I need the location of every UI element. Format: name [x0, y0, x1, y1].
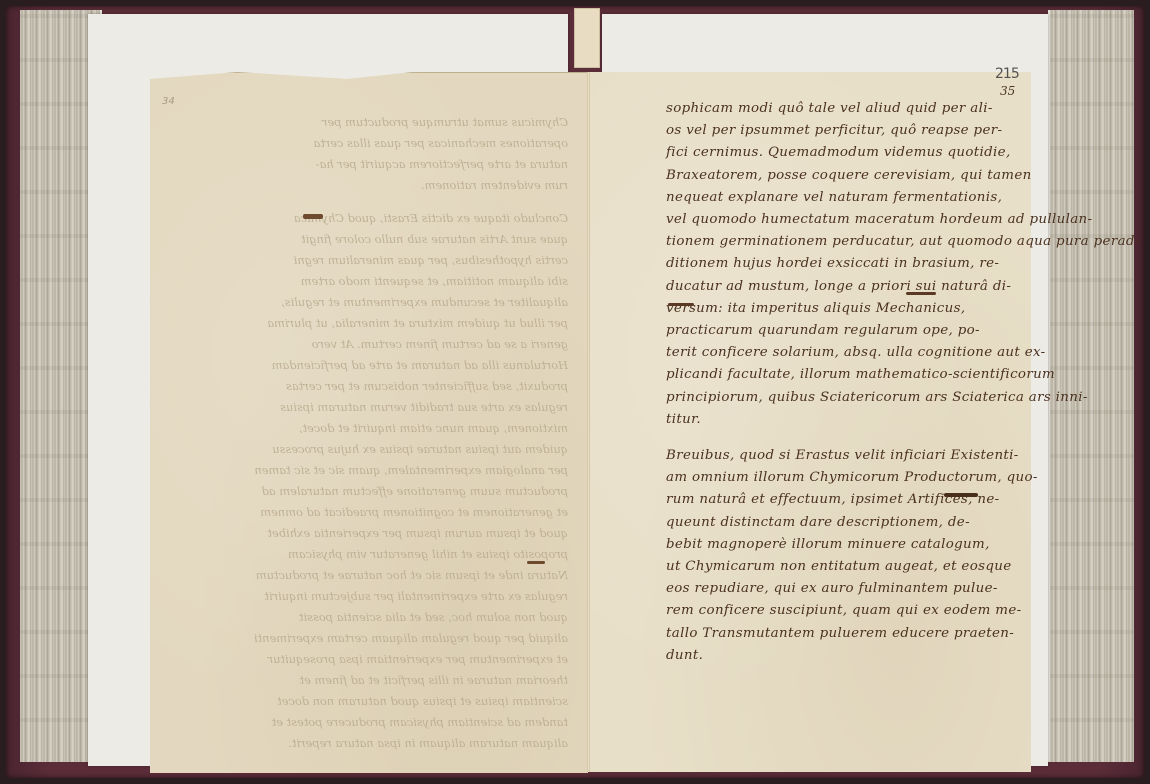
text-line: tionem germinationem perducatur, aut quo…	[666, 231, 1026, 253]
page-block-edge-right	[1048, 10, 1134, 762]
paragraph: Concludo itaque ex dictis Erasti, quod C…	[168, 208, 568, 544]
text-line: produxit, sed sufficienter nobiscum et p…	[168, 376, 568, 397]
text-line: regulas ex arte sua tradidit verum natur…	[168, 397, 568, 418]
binding-tab	[574, 8, 600, 68]
paragraph: Chymicus sumat utrumque productum per op…	[168, 112, 568, 196]
text-line: Natura inde et ipsum sic et hoc naturae …	[168, 565, 568, 586]
ink-blot	[303, 214, 323, 219]
strikethrough-mark	[668, 303, 694, 306]
text-line: Breuibus, quod si Erastus velit inficiar…	[666, 445, 1026, 467]
paragraph: Breuibus, quod si Erastus velit inficiar…	[666, 445, 1026, 667]
gutter-fold	[587, 72, 590, 772]
text-line: Chymicus sumat utrumque productum per	[168, 112, 568, 133]
text-line: et experimentum per experientiam ipsa pr…	[168, 649, 568, 670]
text-line: regulas ex arte experimentali per subjec…	[168, 586, 568, 607]
text-line: Hortulanus illa ad naturam et arte ad pe…	[168, 355, 568, 376]
text-line: bebit magnoperè illorum minuere catalogu…	[666, 534, 1026, 556]
text-line: nequeat explanare vel naturam fermentati…	[666, 187, 1026, 209]
text-line: queunt distinctam dare descriptionem, de…	[666, 512, 1026, 534]
text-line: quidem aut ipsius naturae ipsius ex huju…	[168, 439, 568, 460]
text-line: rum evidentem rationem.	[168, 175, 568, 196]
text-line: terit conficere solarium, absq. ulla cog…	[666, 342, 1026, 364]
text-line: vel quomodo humectatum maceratum hordeum…	[666, 209, 1026, 231]
text-line: Concludo itaque ex dictis Erasti, quod C…	[168, 208, 568, 229]
text-line: fici cernimus. Quemadmodum videmus quoti…	[666, 142, 1026, 164]
text-line: per illud ut quidem mixtura et mineralia…	[168, 313, 568, 334]
text-line: quod non solum hoc, sed et alia scientia…	[168, 607, 568, 628]
text-line: eos repudiare, qui ex auro fulminantem p…	[666, 578, 1026, 600]
text-line: theoriam naturae in illis perficit et ad…	[168, 670, 568, 691]
strikethrough-mark	[944, 493, 978, 497]
paragraph: sophicam modi quô tale vel aliud quid pe…	[666, 98, 1026, 431]
paragraph: proposito ipsius et nihil generatur vim …	[168, 544, 568, 754]
text-line: quae sunt Artis naturae sub nullo colore…	[168, 229, 568, 250]
text-line: os vel per ipsummet perficitur, quô reap…	[666, 120, 1026, 142]
text-line: certis hypothesibus, per quas mineralium…	[168, 250, 568, 271]
text-line: principiorum, quibus Sciatericorum ars S…	[666, 387, 1026, 409]
text-line: ducatur ad mustum, longe a priori sui na…	[666, 276, 1026, 298]
text-line: proposito ipsius et nihil generatur vim …	[168, 544, 568, 565]
text-line: aliquam naturam aliquam in ipsa natura r…	[168, 733, 568, 754]
text-line: Braxeatorem, posse coquere cerevisiam, q…	[666, 165, 1026, 187]
text-line: aliqualiter et secundum experimentum et …	[168, 292, 568, 313]
text-line: ditionem hujus hordei exsiccati in brasi…	[666, 253, 1026, 275]
page-number: 35	[1000, 84, 1015, 98]
text-line: mixtionem, quam nunc etiam inquirit et d…	[168, 418, 568, 439]
text-line: sibi aliquam notitiam, et sequenti modo …	[168, 271, 568, 292]
strikethrough-mark	[906, 292, 936, 295]
text-line: operationes mechanicas per quas illas ce…	[168, 133, 568, 154]
folio-stamp: 215	[995, 66, 1019, 82]
text-line: per analogiam experimentalem, quam sic e…	[168, 460, 568, 481]
text-line: titur.	[666, 409, 1026, 431]
text-line: natura et arte perfectiorem acquirit per…	[168, 154, 568, 175]
text-line: quod et ipsum aurum ipsum per experienti…	[168, 523, 568, 544]
left-folio-mark: 34	[162, 96, 175, 107]
text-line: practicarum quarundam regularum ope, po-	[666, 320, 1026, 342]
text-line: et generationem et cognitionem praedicat…	[168, 502, 568, 523]
text-line: scientiam ipsius et ipsius quod naturam …	[168, 691, 568, 712]
text-line: tandem ad scientiam physicam producere p…	[168, 712, 568, 733]
text-line: plicandi facultate, illorum mathematico-…	[666, 364, 1026, 386]
right-page-text: sophicam modi quô tale vel aliud quid pe…	[666, 98, 1026, 667]
text-line: tallo Transmutantem puluerem educere pra…	[666, 623, 1026, 645]
text-line: ut Chymicarum non entitatum augeat, et e…	[666, 556, 1026, 578]
text-line: aliquid per quod regulam aliquam certam …	[168, 628, 568, 649]
text-line: productum suum generatione effectum natu…	[168, 481, 568, 502]
text-line: am omnium illorum Chymicorum Productorum…	[666, 467, 1026, 489]
left-page-text: Chymicus sumat utrumque productum per op…	[168, 112, 568, 754]
text-line: rem conficere suscipiunt, quam qui ex eo…	[666, 600, 1026, 622]
ink-blot	[527, 561, 545, 564]
text-line: sophicam modi quô tale vel aliud quid pe…	[666, 98, 1026, 120]
text-line: versum: ita imperitus aliquis Mechanicus…	[666, 298, 1026, 320]
text-line: generi a se ad certum finem certum. At v…	[168, 334, 568, 355]
text-line: dunt.	[666, 645, 1026, 667]
